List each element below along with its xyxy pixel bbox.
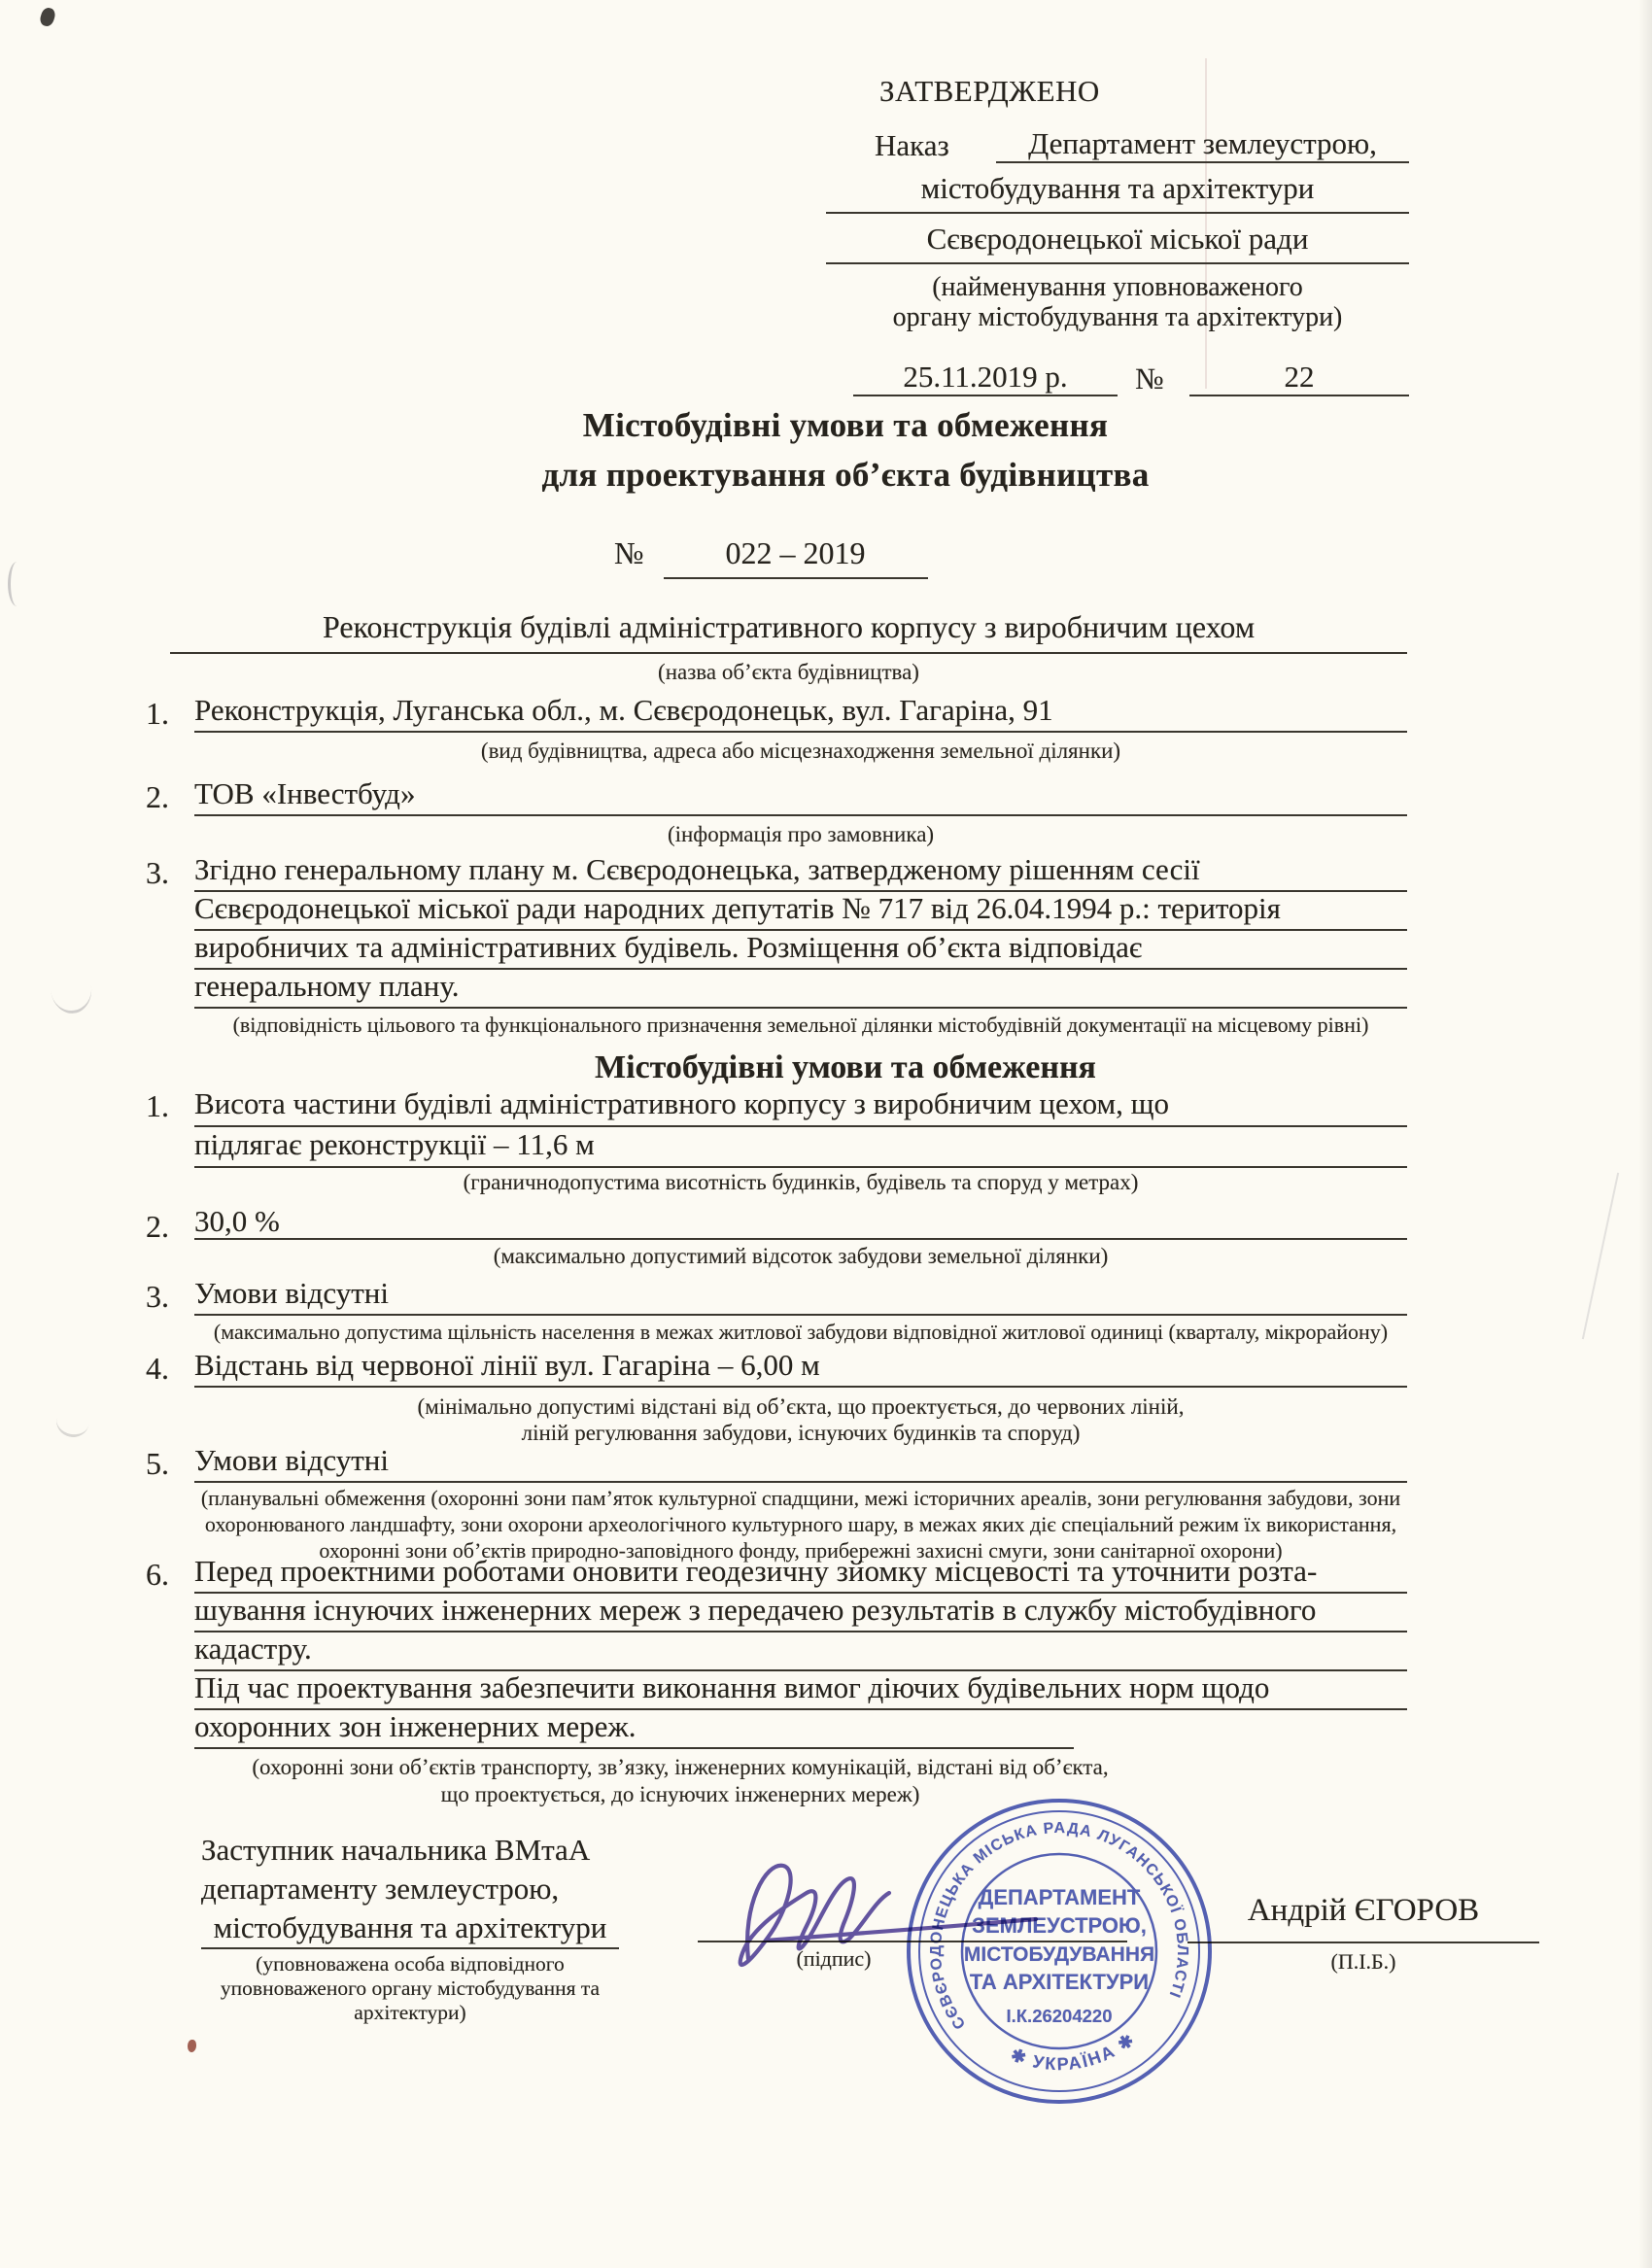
- red-line-caption2: ліній регулювання забудови, існуючих буд…: [194, 1420, 1407, 1446]
- number-sign: №: [614, 535, 644, 579]
- item-number: 5.: [146, 1446, 169, 1482]
- compliance-line3: виробничих та адміністративних будівель.…: [194, 931, 1407, 970]
- handwritten-signature: [698, 1844, 1086, 1985]
- compliance-caption: (відповідність цільового та функціональн…: [194, 1013, 1407, 1038]
- item-number: 3.: [146, 1279, 169, 1315]
- signer-position-caption1: (уповноважена особа відповідного: [201, 1952, 619, 1976]
- scan-mark: [8, 562, 26, 606]
- planning-restrictions-caption2: охоронюваного ландшафту, зони охорони ар…: [194, 1511, 1407, 1537]
- condition-item-6: 6. Перед проектними роботами оновити гео…: [194, 1555, 1407, 1808]
- construction-type-field: Реконструкція, Луганська обл., м. Сєвєро…: [194, 694, 1407, 733]
- signer-name-field: Андрій ЄГОРОВ: [1187, 1893, 1539, 1943]
- coverage-percent-field: 30,0 %: [194, 1207, 1407, 1240]
- compliance-line2: Сєвєродонецької міської ради народних де…: [194, 892, 1407, 931]
- red-line-caption1: (мінімально допустимі відстані від об’єк…: [194, 1393, 1407, 1420]
- signer-position-caption3: архітектури): [201, 2001, 619, 2025]
- planning-restrictions-caption1: (планувальні обмеження (охоронні зони па…: [194, 1485, 1407, 1511]
- svg-text:✱ УКРАЇНА ✱: ✱ УКРАЇНА ✱: [1006, 2028, 1142, 2082]
- networks-line5: охоронних зон інженерних мереж.: [194, 1710, 1074, 1749]
- order-org-line2: містобудування та архітектури: [826, 171, 1409, 214]
- item-number: 4.: [146, 1351, 169, 1387]
- number-sign: №: [1135, 361, 1176, 396]
- item-number: 2.: [146, 779, 169, 815]
- document-number-row: № 022 – 2019: [614, 535, 928, 579]
- order-number-field: 22: [1189, 360, 1409, 396]
- condition-item-3: 3. Умови відсутні (максимально допустима…: [194, 1277, 1407, 1345]
- networks-line4: Під час проектування забезпечити виконан…: [194, 1671, 1407, 1710]
- signer-name-caption: (П.І.Б.): [1187, 1949, 1539, 1975]
- item-number: 3.: [146, 855, 169, 891]
- item-number: 6.: [146, 1557, 169, 1593]
- signer-position-caption2: уповноваженого органу містобудування та: [201, 1976, 619, 2001]
- height-limit-line2: підлягає реконструкції – 11,6 м: [194, 1127, 1407, 1168]
- object-name-field: Реконструкція будівлі адміністративного …: [170, 609, 1407, 654]
- order-label: Наказ: [826, 128, 996, 163]
- networks-line1: Перед проектними роботами оновити геодез…: [194, 1555, 1407, 1594]
- item-number: 2.: [146, 1209, 169, 1245]
- scan-mark: [48, 961, 95, 1015]
- stamp-bottom-text: ✱ УКРАЇНА ✱: [1006, 2028, 1142, 2082]
- document-number-field: 022 – 2019: [664, 535, 928, 579]
- customer-caption: (інформація про замовника): [194, 822, 1407, 847]
- construction-type-caption: (вид будівництва, адреса або місцезнаход…: [194, 739, 1407, 764]
- stamp-code: І.К.26204220: [1006, 2006, 1112, 2026]
- coverage-percent-caption: (максимально допустимий відсоток забудов…: [194, 1244, 1407, 1269]
- density-caption: (максимально допустима щільність населен…: [194, 1320, 1407, 1345]
- signer-position-line2: департаменту землеустрою,: [201, 1870, 619, 1908]
- condition-item-1: 1. Висота частини будівлі адміністративн…: [194, 1086, 1407, 1195]
- order-org-line3: Сєвєродонецької міської ради: [826, 222, 1409, 264]
- org-caption-line1: (найменування уповноваженого: [826, 272, 1409, 302]
- org-caption-line2: органу містобудування та архітектури): [826, 302, 1409, 332]
- item-number: 1.: [146, 696, 169, 732]
- compliance-line1: Згідно генеральному плану м. Сєвєродонец…: [194, 853, 1407, 892]
- scanned-document-page: ЗАТВЕРДЖЕНО Наказ Департамент землеустро…: [0, 0, 1652, 2268]
- condition-item-2: 2. 30,0 % (максимально допустимий відсот…: [194, 1207, 1407, 1269]
- compliance-line4: генеральному плану.: [194, 970, 1407, 1009]
- order-org-line1: Департамент землеустрою,: [996, 126, 1409, 163]
- scan-speck: [38, 6, 56, 27]
- condition-item-5: 5. Умови відсутні (планувальні обмеження…: [194, 1444, 1407, 1564]
- approval-block: ЗАТВЕРДЖЕНО Наказ Департамент землеустро…: [826, 74, 1409, 396]
- document-title-line1: Містобудівні умови та обмеження: [189, 400, 1501, 450]
- red-line-distance-field: Відстань від червоної лінії вул. Гагарін…: [194, 1349, 1407, 1388]
- scan-streak: [1582, 1173, 1619, 1340]
- object-name-caption: (назва об’єкта будівництва): [170, 660, 1407, 685]
- document-title: Містобудівні умови та обмеження для прое…: [189, 400, 1501, 499]
- networks-caption1: (охоронні зони об’єктів транспорту, зв’я…: [194, 1754, 1166, 1781]
- object-name-block: Реконструкція будівлі адміністративного …: [170, 609, 1407, 685]
- signature-strokes-icon: [698, 1844, 1086, 1985]
- signer-name-block: Андрій ЄГОРОВ (П.І.Б.): [1187, 1893, 1539, 1975]
- general-item-3: 3. Згідно генеральному плану м. Сєвєродо…: [194, 853, 1407, 1038]
- height-limit-caption: (граничнодопустима висотність будинків, …: [194, 1170, 1407, 1195]
- scan-mark: [53, 1402, 92, 1440]
- order-date-field: 25.11.2019 р.: [853, 360, 1118, 396]
- planning-restrictions-field: Умови відсутні: [194, 1444, 1407, 1483]
- approved-label: ЗАТВЕРДЖЕНО: [826, 74, 1409, 111]
- networks-line2: шування існуючих інженерних мереж з пере…: [194, 1594, 1407, 1632]
- conditions-heading: Містобудівні умови та обмеження: [189, 1049, 1501, 1086]
- signer-position-line1: Заступник начальника ВМтаА: [201, 1831, 619, 1870]
- networks-line3: кадастру.: [194, 1632, 1407, 1671]
- signer-position-block: Заступник начальника ВМтаА департаменту …: [201, 1831, 619, 2025]
- document-title-line2: для проектування об’єкта будівництва: [189, 450, 1501, 499]
- general-item-2: 2. ТОВ «Інвестбуд» (інформація про замов…: [194, 777, 1407, 847]
- height-limit-line1: Висота частини будівлі адміністративного…: [194, 1086, 1407, 1127]
- density-field: Умови відсутні: [194, 1277, 1407, 1316]
- condition-item-4: 4. Відстань від червоної лінії вул. Гага…: [194, 1349, 1407, 1446]
- customer-field: ТОВ «Інвестбуд»: [194, 777, 1407, 816]
- scan-speck: [188, 2040, 196, 2052]
- general-item-1: 1. Реконструкція, Луганська обл., м. Сєв…: [194, 694, 1407, 764]
- signer-position-line3: містобудування та архітектури: [201, 1908, 619, 1949]
- item-number: 1.: [146, 1088, 169, 1124]
